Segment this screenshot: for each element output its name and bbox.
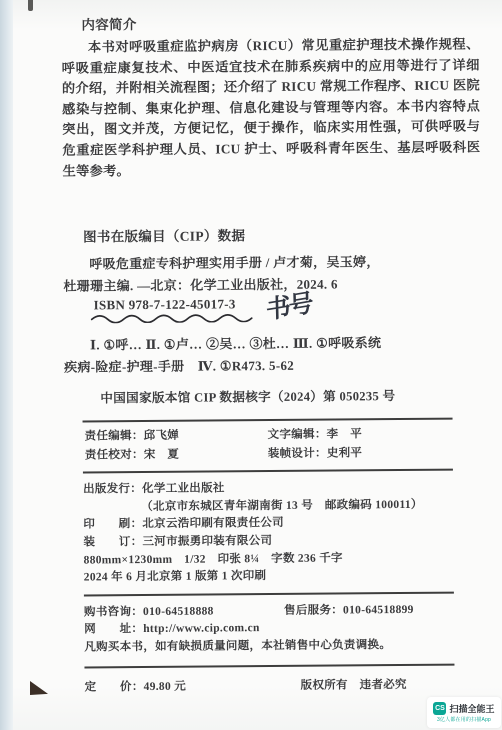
- divider-rule: [84, 663, 454, 668]
- binder-label: 装 订：: [83, 536, 142, 548]
- isbn-row: ISBN 978-7-122-45017-3 书号: [94, 294, 482, 331]
- handdrawn-wavy-underline: [90, 310, 262, 323]
- watermark-app-name: 扫描全能王: [449, 702, 494, 715]
- binder-name: 三河市振勇印装有限公司: [142, 535, 272, 548]
- staff-row-designer: 装帧设计：史利平: [268, 446, 451, 462]
- service-phone: 售后服务：010-64518899: [284, 602, 414, 621]
- divider-rule: [84, 591, 454, 596]
- staff-row-editor: 责任编辑：邱飞婵: [85, 428, 268, 444]
- staff-text-editor-label: 文字编辑：: [268, 429, 327, 441]
- camscanner-logo-icon: CS: [433, 702, 446, 715]
- print-run-line: 2024 年 6 月北京第 1 版第 1 次印刷: [84, 566, 484, 587]
- cip-classification: Ⅰ. ①呼… Ⅱ. ①卢… ②吴… ③杜… Ⅲ. ①呼吸系统 疾病-险症-护理-…: [64, 332, 482, 378]
- staff-designer-value: 史利平: [327, 447, 362, 459]
- staff-editor-value: 邱飞婵: [144, 430, 179, 442]
- staff-row-proofreader: 责任校对：宋 夏: [85, 447, 268, 463]
- publisher-name: 化学工业出版社: [142, 483, 225, 496]
- purchase-phone: 购书咨询：010-64518888: [84, 603, 284, 622]
- scan-artifact-corner-fold: [30, 681, 48, 695]
- printer-name: 北京云浩印刷有限责任公司: [142, 517, 284, 530]
- contact-info: 购书咨询：010-64518888 售后服务：010-64518899 网 址：…: [84, 601, 484, 657]
- staff-proofreader-value: 宋 夏: [144, 449, 179, 461]
- scanned-book-copyright-page: 内容简介 本书对呼吸重症监护病房（RICU）常见重症护理技术操作规程、呼吸重症康…: [0, 0, 502, 730]
- summary-paragraph: 本书对呼吸重症监护病房（RICU）常见重症护理技术操作规程、呼吸重症康复技术、中…: [62, 34, 481, 181]
- page-left-edge-shadow: [0, 0, 13, 730]
- staff-text-editor-value: 李 平: [327, 428, 362, 440]
- publishing-info: 出版发行：化学工业出版社 （北京市东城区青年湖南街 13 号 邮政编码 1000…: [83, 479, 484, 588]
- staff-row-text-editor: 文字编辑：李 平: [268, 427, 451, 443]
- quality-notice: 凡购买本书，如有缺损质量问题，本社销售中心负责调换。: [84, 636, 484, 657]
- watermark-tagline: 3亿人都在用的扫描App: [437, 716, 491, 723]
- scan-artifact-top-mark: [28, 0, 33, 11]
- price-row: 定 价：49.80 元 版权所有 违者必究: [85, 675, 485, 694]
- staff-editor-label: 责任编辑：: [85, 430, 144, 442]
- handwritten-annotation: 书号: [265, 283, 311, 327]
- price-value: 定 价：49.80 元: [85, 676, 301, 694]
- copyright-notice: 版权所有 违者必究: [301, 675, 407, 692]
- watermark-header: CS 扫描全能王: [433, 702, 494, 715]
- staff-credits-table: 责任编辑：邱飞婵 文字编辑：李 平 责任校对：宋 夏 装帧设计：史利平: [83, 418, 453, 474]
- printer-label: 印 刷：: [83, 518, 142, 530]
- staff-designer-label: 装帧设计：: [268, 448, 327, 460]
- publisher-label: 出版发行：: [83, 483, 142, 495]
- cip-heading: 图书在版编目（CIP）数据: [83, 223, 481, 246]
- camscanner-watermark: CS 扫描全能王 3亿人都在用的扫描App: [427, 697, 501, 728]
- page-content: 内容简介 本书对呼吸重症监护病房（RICU）常见重症护理技术操作规程、呼吸重症康…: [61, 10, 484, 694]
- cip-record-number: 中国国家版本馆 CIP 数据核字（2024）第 050235 号: [100, 385, 482, 407]
- cip-classification-line2: 疾病-险症-护理-手册 Ⅳ. ①R473. 5-62: [64, 353, 482, 378]
- summary-heading: 内容简介: [81, 10, 479, 33]
- staff-proofreader-label: 责任校对：: [85, 449, 144, 461]
